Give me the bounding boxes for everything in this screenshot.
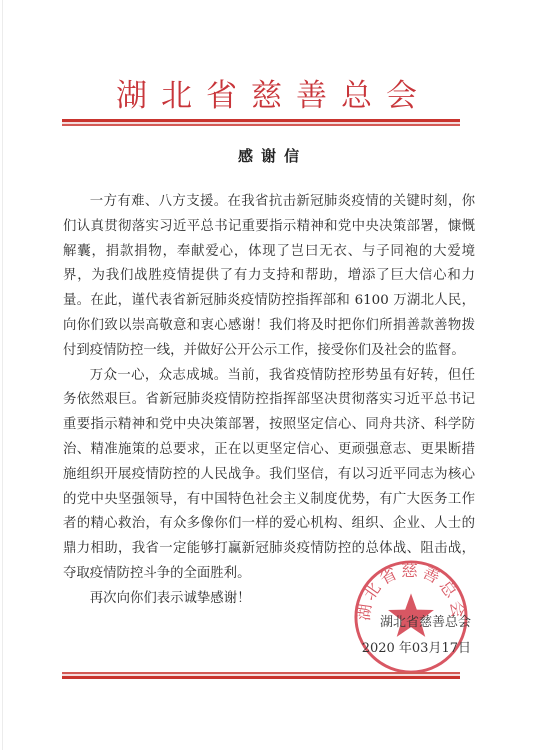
organization-header: 湖北省慈善总会 [0, 70, 537, 115]
signature-block: 湖北省慈善总会 2020 年03月17日 [362, 610, 471, 662]
letter-title: 感谢信 [0, 145, 537, 166]
paragraph-2: 万众一心，众志成城。当前，我省疫情防控形势虽有好转，但任务依然艰巨。省新冠肺炎疫… [63, 364, 475, 587]
paragraph-1: 一方有难、八方支援。在我省抗击新冠肺炎疫情的关键时刻，你们认真贯彻落实习近平总书… [63, 190, 475, 364]
footer-red-rule [62, 672, 460, 679]
letter-page: 湖北省慈善总会 感谢信 一方有难、八方支援。在我省抗击新冠肺炎疫情的关键时刻，你… [0, 0, 537, 750]
signature-date: 2020 年03月17日 [362, 636, 471, 662]
signature-organization: 湖北省慈善总会 [362, 610, 471, 636]
rule-thick-line [62, 676, 460, 679]
letter-body: 一方有难、八方支援。在我省抗击新冠肺炎疫情的关键时刻，你们认真贯彻落实习近平总书… [63, 190, 475, 612]
rule-thin-line [62, 124, 460, 126]
header-red-rule [62, 119, 460, 126]
